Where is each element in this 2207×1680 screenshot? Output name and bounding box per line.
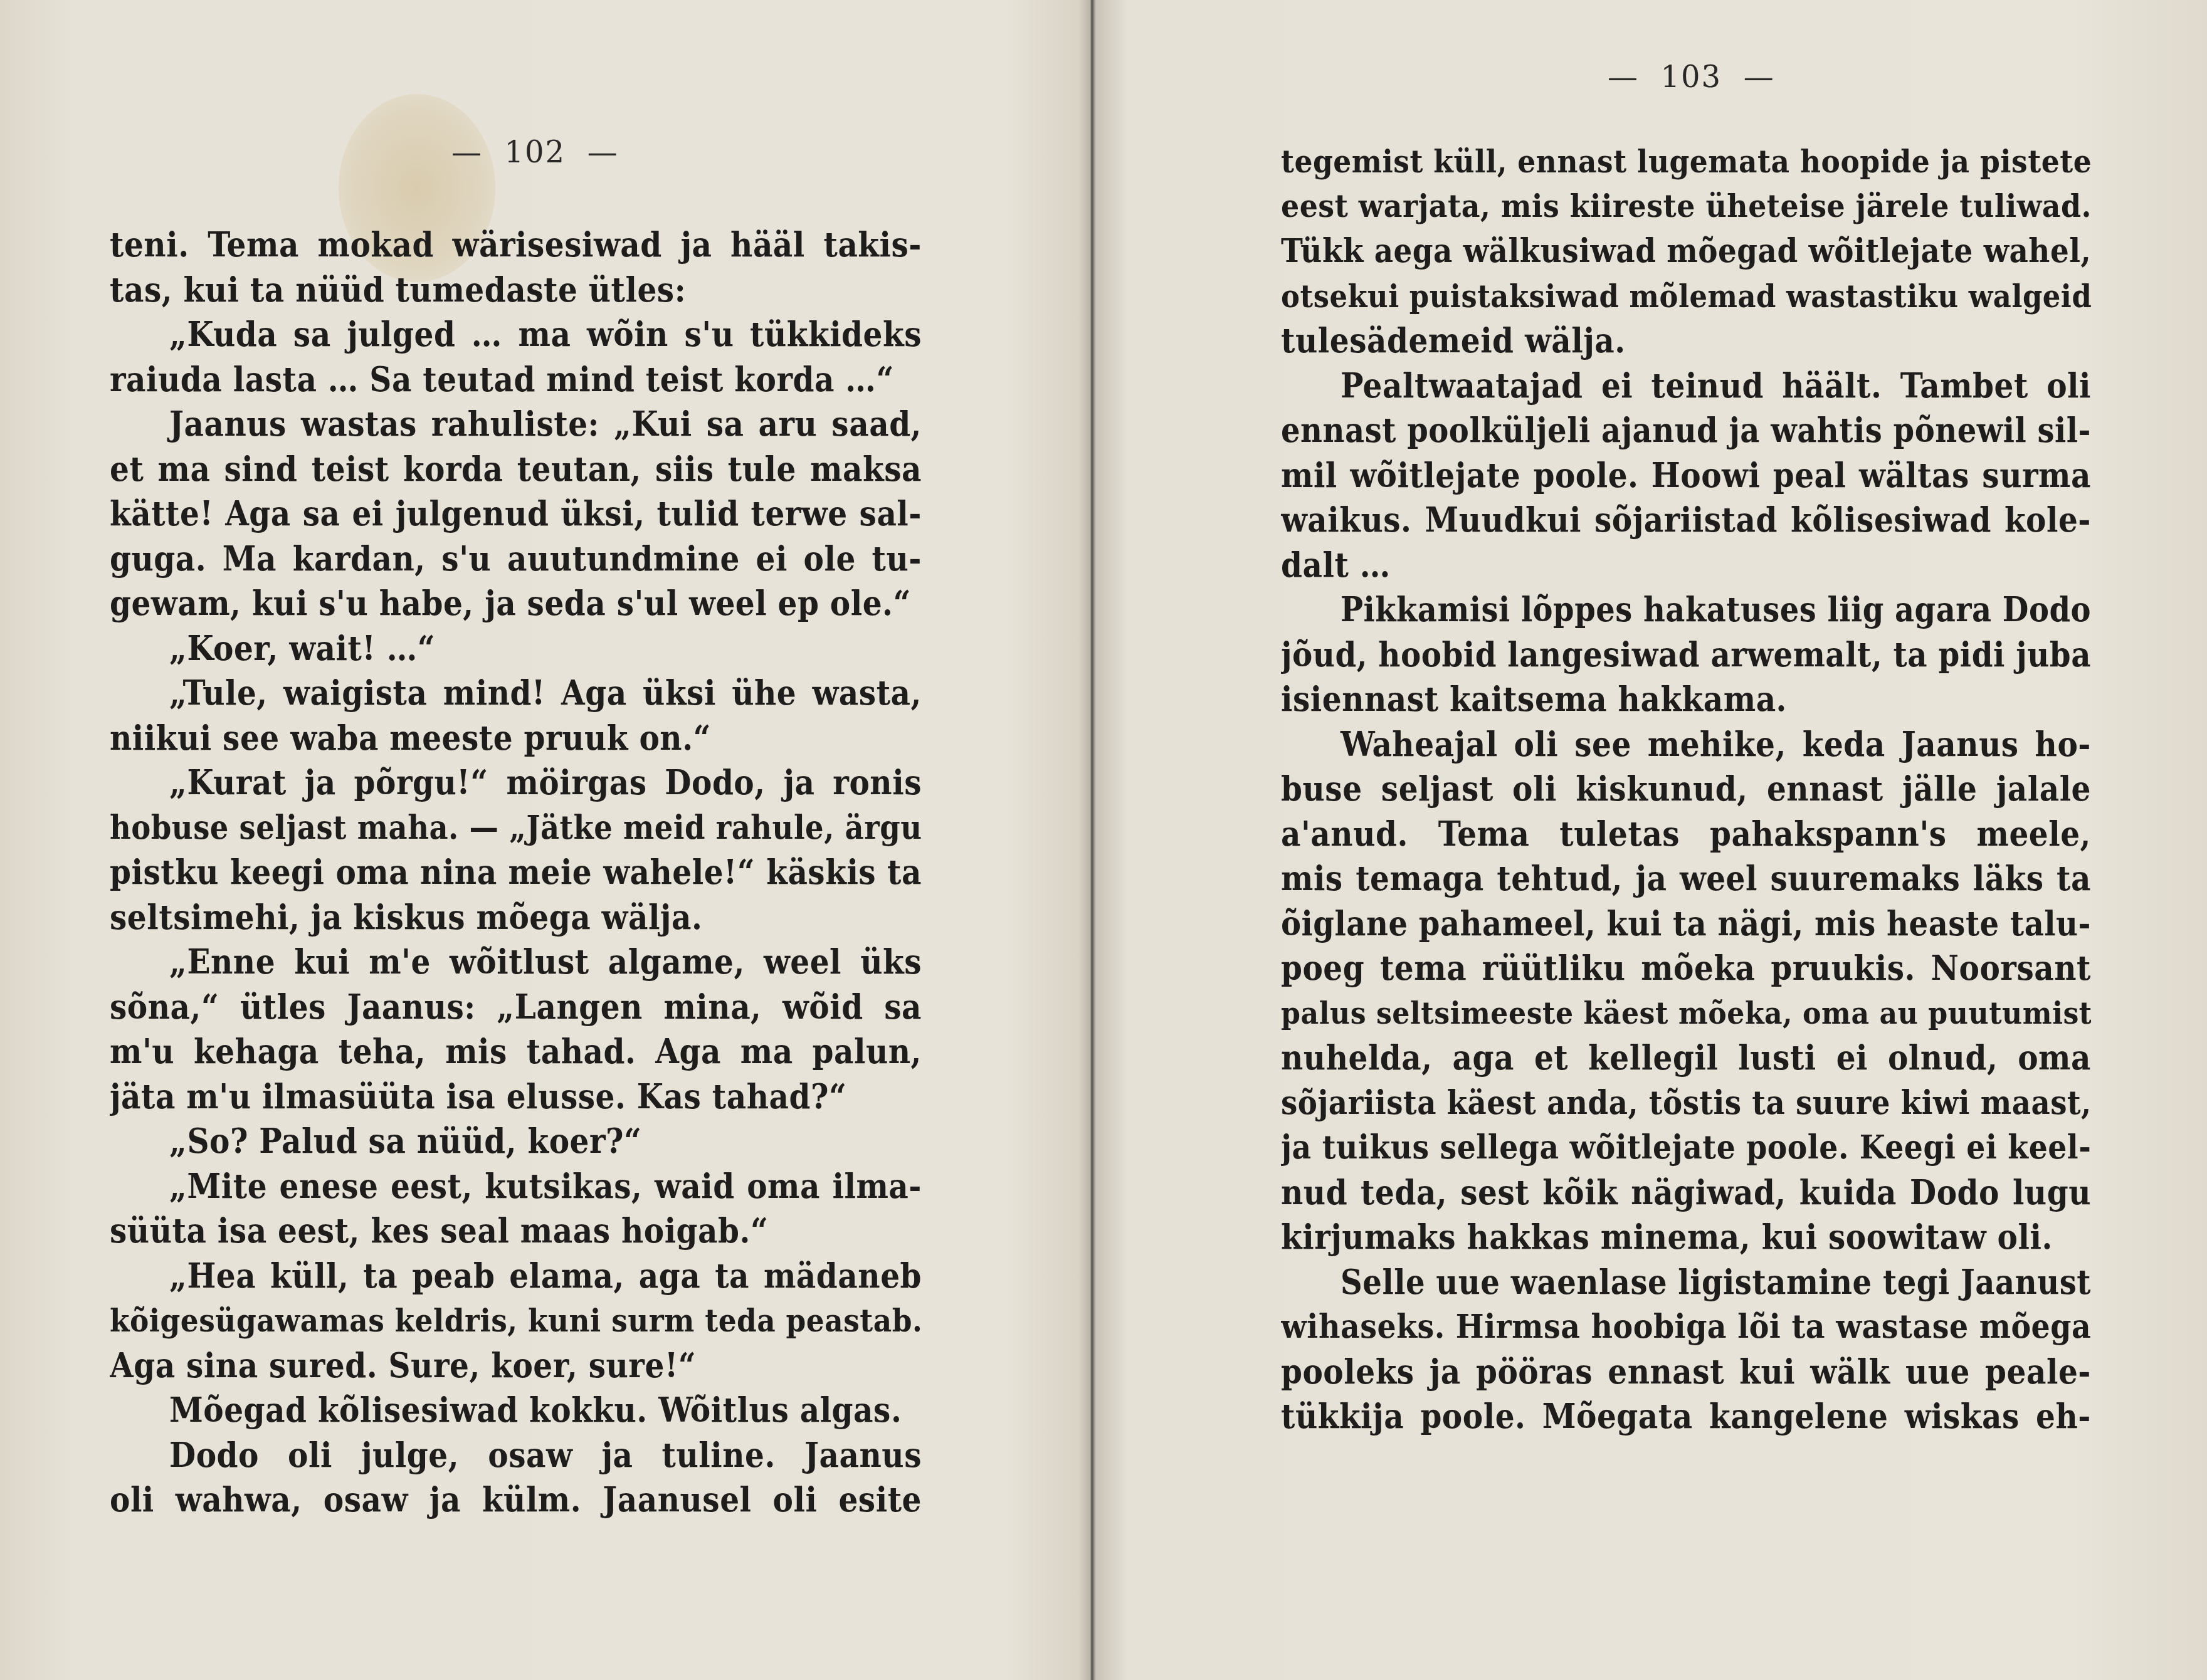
text-line: tegemist küll, ennast lugemata hoopide j…: [1281, 139, 2091, 184]
text-line: isiennast kaitsema hakkama.: [1281, 677, 2091, 722]
text-line: dalt …: [1281, 543, 2091, 588]
text-line: „Tule, waigista mind! Aga üksi ühe wasta…: [110, 671, 922, 716]
text-line: Jaanus wastas rahuliste: „Kui sa aru saa…: [110, 402, 922, 447]
text-line: „Kuda sa julged … ma wõin s'u tükkideks: [110, 312, 922, 357]
text-line: pooleks ja pööras ennast kui wälk uue pe…: [1281, 1350, 2091, 1395]
text-line: õiglane pahameel, kui ta nägi, mis heast…: [1281, 901, 2091, 947]
text-line: Waheajal oli see mehike, keda Jaanus ho-: [1281, 722, 2091, 767]
text-line: Dodo oli julge, osaw ja tuline. Jaanus: [110, 1433, 922, 1478]
text-line: tulesädemeid wälja.: [1281, 318, 2091, 364]
text-line: sõna,“ ütles Jaanus: „Langen mina, wõid …: [110, 985, 922, 1030]
text-line: „Enne kui m'e wõitlust algame, weel üks: [110, 940, 922, 985]
text-line: Mõegad kõlisesiwad kokku. Wõitlus algas.: [110, 1388, 922, 1433]
page-number-left: — 102 —: [451, 135, 619, 170]
text-line: ja tuikus sellega wõitlejate poole. Keeg…: [1281, 1125, 2091, 1170]
right-page: — 103 — tegemist küll, ennast lugemata h…: [1093, 0, 2207, 1680]
text-line: jõud, hoobid langesiwad arwemalt, ta pid…: [1281, 633, 2091, 678]
text-line: sõjariista käest anda, tõstis ta suure k…: [1281, 1081, 2091, 1126]
text-line: Pikkamisi lõppes hakatuses liig agara Do…: [1281, 587, 2091, 633]
text-line: tas, kui ta nüüd tumedaste ütles:: [110, 268, 922, 313]
text-line: eest warjata, mis kiireste üheteise järe…: [1281, 184, 2091, 229]
text-line: kätte! Aga sa ei julgenud üksi, tulid te…: [110, 491, 922, 537]
text-line: mis temaga tehtud, ja weel suuremaks läk…: [1281, 856, 2091, 901]
text-line: mil wõitlejate poole. Hoowi peal wältas …: [1281, 453, 2091, 498]
text-line: Pealtwaatajad ei teinud häält. Tambet ol…: [1281, 364, 2091, 409]
text-line: „Koer, wait! …“: [110, 626, 922, 671]
text-line: buse seljast oli kiskunud, ennast jälle …: [1281, 767, 2091, 812]
text-line: waikus. Muudkui sõjariistad kõlisesiwad …: [1281, 498, 2091, 543]
text-line: Tükk aega wälkusiwad mõegad wõitlejate w…: [1281, 229, 2091, 274]
left-page: — 102 — teni. Tema mokad wärisesiwad ja …: [0, 0, 1091, 1680]
text-line: ennast poolküljeli ajanud ja wahtis põne…: [1281, 408, 2091, 453]
text-line: m'u kehaga teha, mis tahad. Aga ma palun…: [110, 1029, 922, 1074]
text-line: „Mite enese eest, kutsikas, waid oma ilm…: [110, 1164, 922, 1209]
text-line: „So? Palud sa nüüd, koer?“: [110, 1119, 922, 1164]
text-line: wihaseks. Hirmsa hoobiga lõi ta wastase …: [1281, 1305, 2091, 1350]
book-spread: — 102 — teni. Tema mokad wärisesiwad ja …: [0, 0, 2207, 1680]
text-line: süüta isa eest, kes seal maas hoigab.“: [110, 1209, 922, 1254]
text-line: palus seltsimeeste käest mõeka, oma au p…: [1281, 991, 2091, 1036]
text-line: gewam, kui s'u habe, ja seda s'ul weel e…: [110, 581, 922, 626]
text-line: otsekui puistaksiwad mõlemad wastastiku …: [1281, 274, 2091, 319]
text-line: nud teda, sest kõik nägiwad, kuida Dodo …: [1281, 1170, 2091, 1215]
text-line: a'anud. Tema tuletas pahakspann's meele,: [1281, 812, 2091, 857]
text-line: oli wahwa, osaw ja külm. Jaanusel oli es…: [110, 1478, 922, 1523]
text-line: nuhelda, aga et kellegil lusti ei olnud,…: [1281, 1036, 2091, 1081]
text-line: poeg tema rüütliku mõeka pruukis. Noorsa…: [1281, 946, 2091, 991]
page-number-right: — 103 —: [1608, 60, 1775, 95]
text-line: tükkija poole. Mõegata kangelene wiskas …: [1281, 1394, 2091, 1439]
text-line: et ma sind teist korda teutan, siis tule…: [110, 447, 922, 492]
text-line: kõigesügawamas keldris, kuni surm teda p…: [110, 1298, 922, 1343]
text-line: jäta m'u ilmasüüta isa elusse. Kas tahad…: [110, 1074, 922, 1120]
text-line: „Hea küll, ta peab elama, aga ta mädaneb: [110, 1254, 922, 1299]
text-line: „Kurat ja põrgu!“ möirgas Dodo, ja ronis: [110, 760, 922, 806]
text-line: pistku keegi oma nina meie wahele!“ käsk…: [110, 850, 922, 895]
text-line: guga. Ma kardan, s'u auutundmine ei ole …: [110, 537, 922, 582]
text-line: hobuse seljast maha. — „Jätke meid rahul…: [110, 806, 922, 851]
text-line: Aga sina sured. Sure, koer, sure!“: [110, 1343, 922, 1389]
text-line: kirjumaks hakkas minema, kui soowitaw ol…: [1281, 1215, 2091, 1260]
text-line: Selle uue waenlase ligistamine tegi Jaan…: [1281, 1260, 2091, 1305]
right-page-text: tegemist küll, ennast lugemata hoopide j…: [1281, 139, 2091, 1439]
text-line: seltsimehi, ja kiskus mõega wälja.: [110, 895, 922, 940]
text-line: raiuda lasta … Sa teutad mind teist kord…: [110, 357, 922, 402]
left-page-text: teni. Tema mokad wärisesiwad ja hääl tak…: [110, 223, 922, 1523]
text-line: niikui see waba meeste pruuk on.“: [110, 716, 922, 761]
text-line: teni. Tema mokad wärisesiwad ja hääl tak…: [110, 223, 922, 268]
